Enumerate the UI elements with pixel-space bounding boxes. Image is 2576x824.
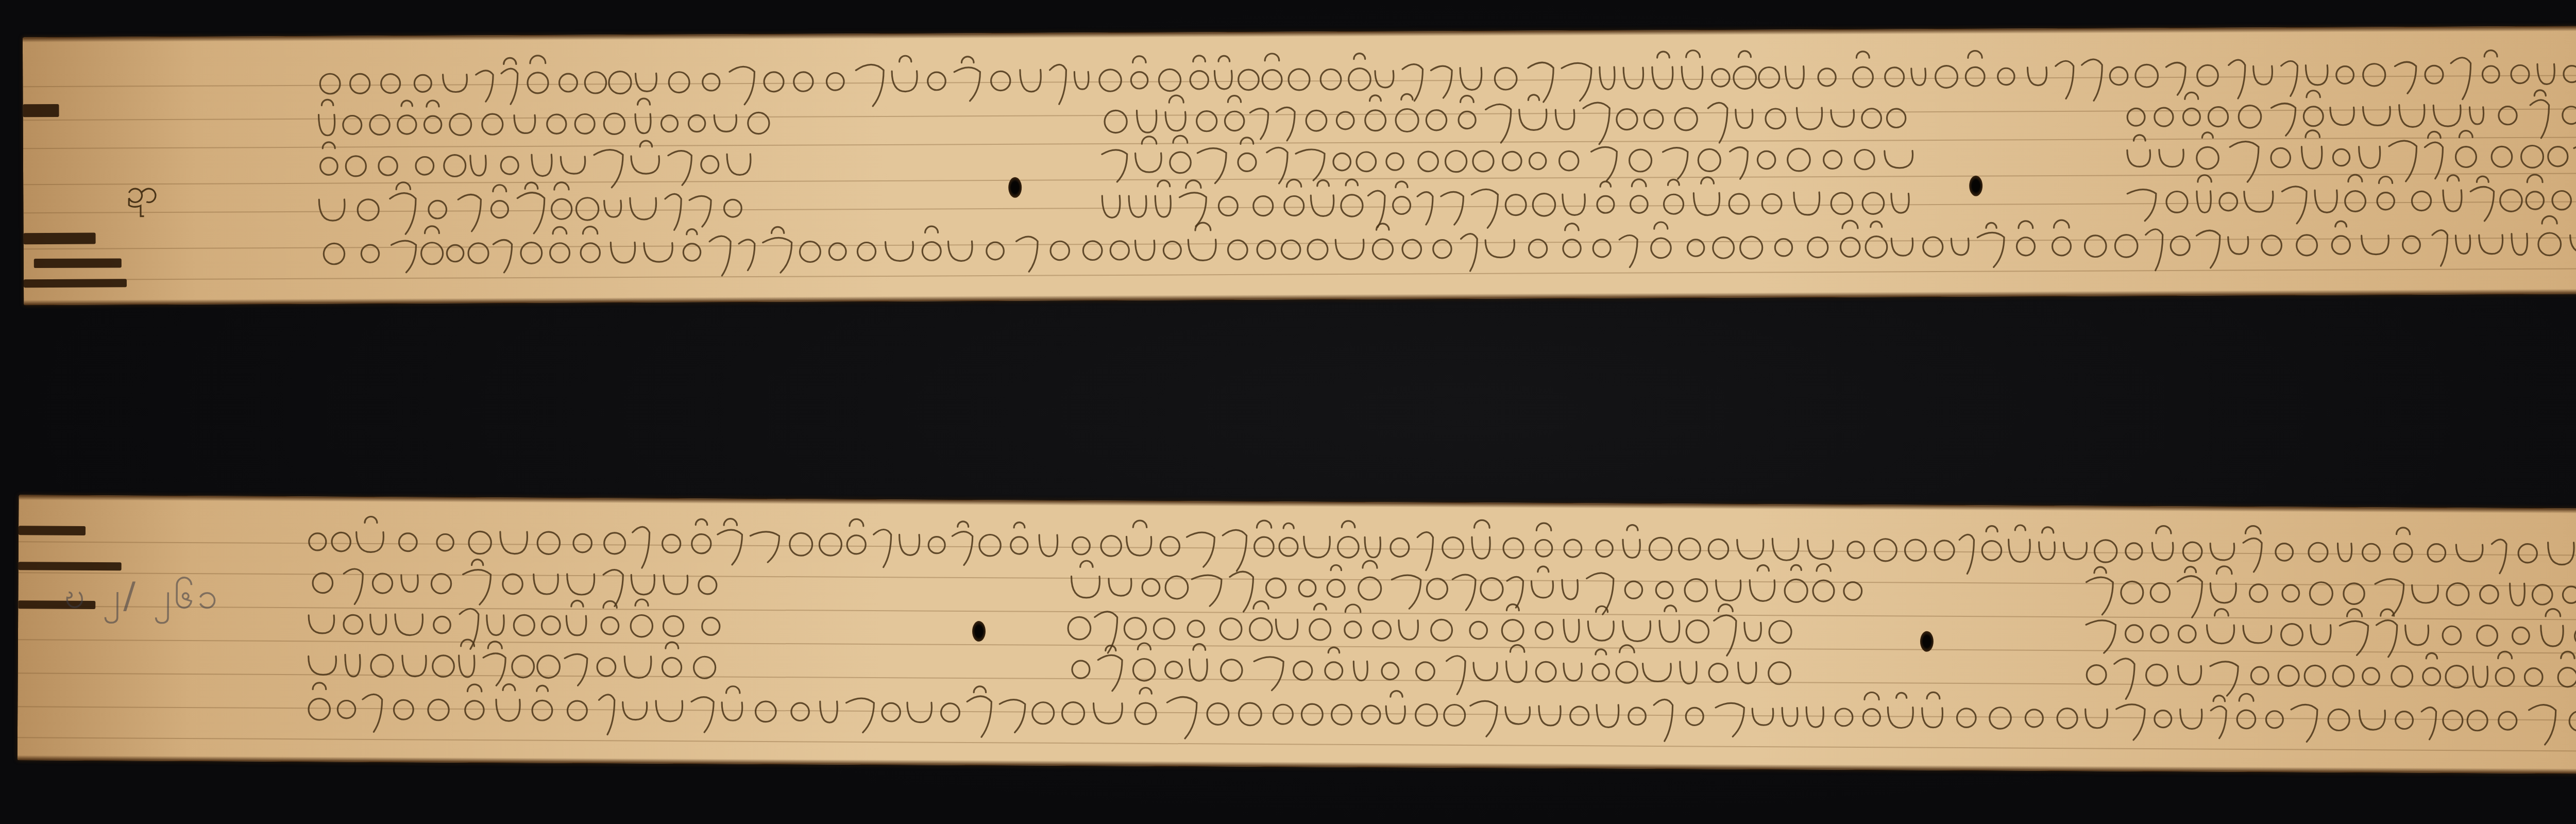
script-segment [1071,559,1862,616]
script-segment [1072,642,1791,696]
script-segment [309,683,2576,746]
script-segment [2086,607,2576,659]
script-segment [2127,173,2576,227]
pencil-annotation: ဎ ၂/ ၂၆၁ [64,573,221,627]
leaf-top: ဍာ [23,25,2576,305]
script-segment [320,46,2576,109]
script-text [23,25,2576,305]
text-line-4 [308,638,2576,701]
script-segment [319,181,741,234]
script-segment [1068,600,1791,657]
script-segment [1102,176,1909,229]
script-segment [313,559,717,607]
script-segment [318,98,769,136]
string-hole-1 [972,621,986,642]
text-line-2 [313,555,2576,619]
script-segment [2087,649,2576,702]
text-line-2 [318,88,2576,150]
text-line-3 [320,128,2576,190]
text-line-5 [309,683,2576,746]
string-hole-1 [1008,177,1022,198]
string-hole-2 [1920,631,1934,652]
script-segment [1102,132,1913,184]
text-line-4 [319,172,2576,235]
text-line-1 [309,514,2576,578]
script-segment [320,140,751,189]
script-segment [2086,565,2576,619]
script-text [18,495,2576,775]
script-segment [1105,92,1906,146]
script-segment [2127,88,2576,140]
text-line-5 [324,215,2576,278]
script-segment [308,638,715,686]
script-segment [2127,128,2576,182]
string-hole-2 [1969,176,1982,196]
folio-number: ဍာ [126,171,158,219]
script-segment [309,598,720,650]
text-line-1 [320,46,2576,109]
text-line-3 [309,596,2576,661]
script-segment [324,215,2576,278]
leaf-bottom: ဎ ၂/ ၂၆၁ [18,495,2576,775]
script-segment [309,514,2576,578]
